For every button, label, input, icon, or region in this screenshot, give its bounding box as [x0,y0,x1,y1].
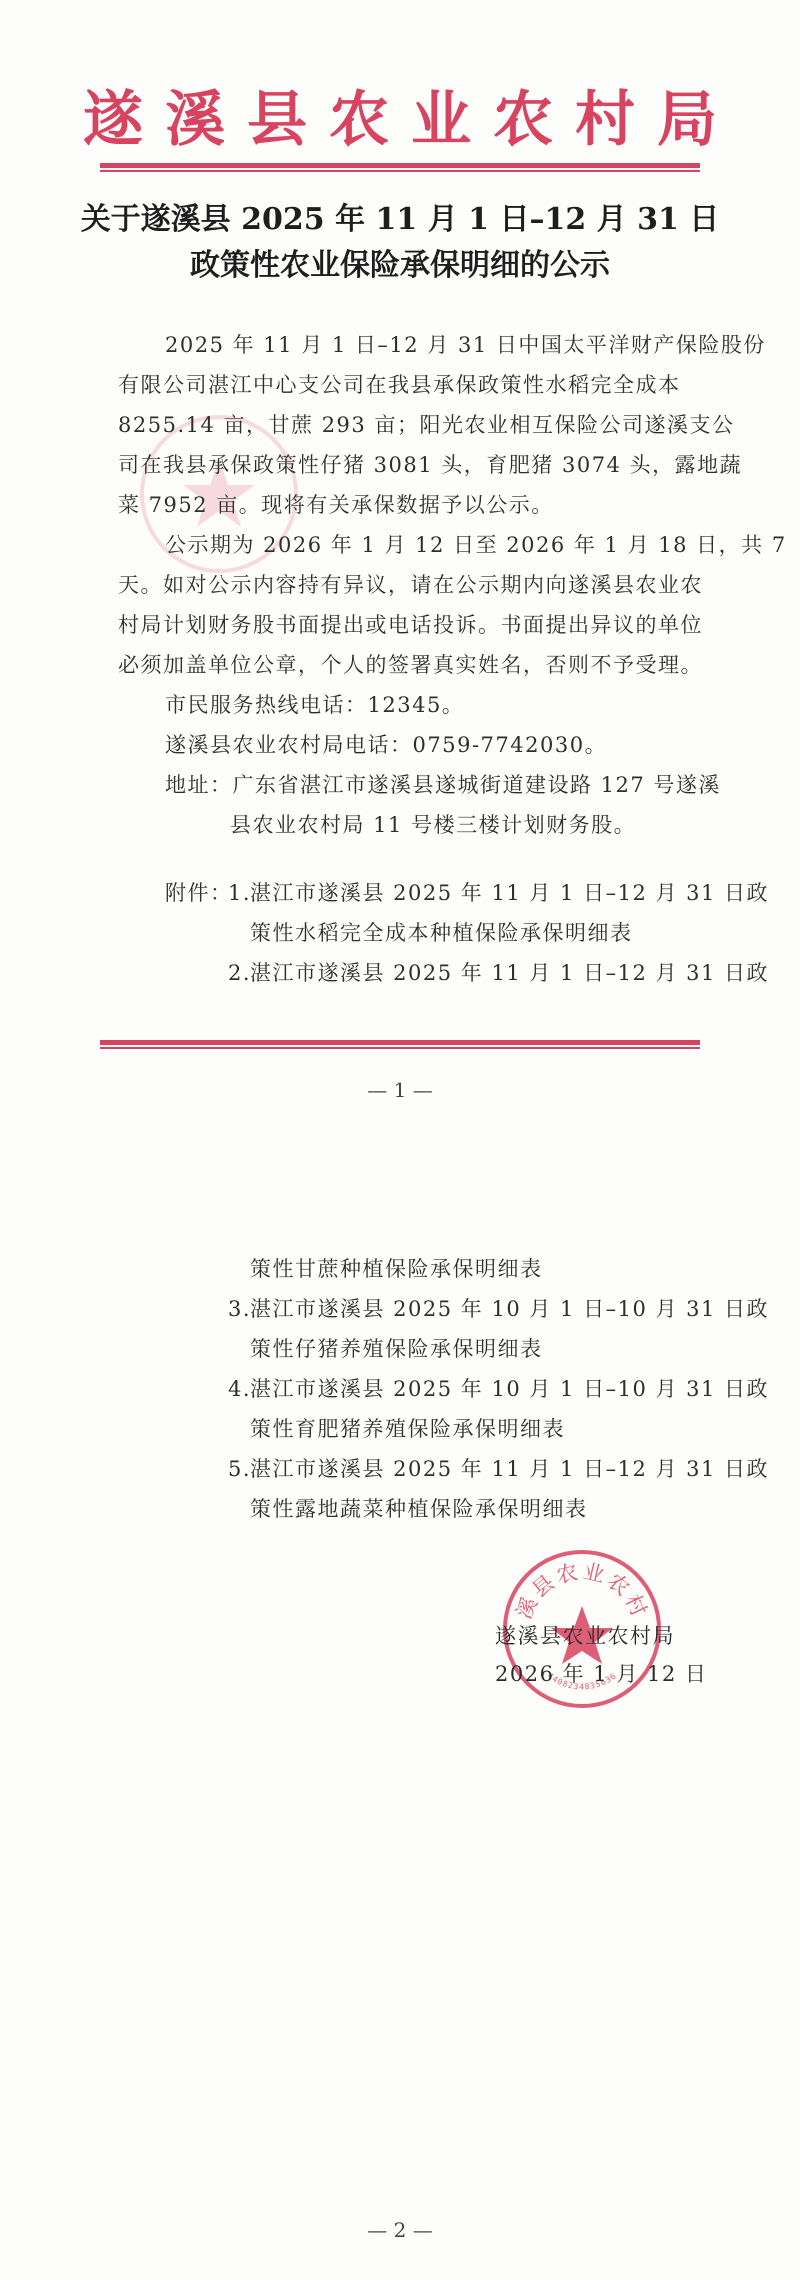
signature-org: 遂溪县农业农村局 [495,1620,675,1650]
attachment-4-line1: 湛江市遂溪县 2025 年 10 月 1 日–10 月 31 日政 [250,1374,769,1404]
attachment-5-line1: 湛江市遂溪县 2025 年 11 月 1 日–12 月 31 日政 [250,1454,769,1484]
attachment-3-num: 3. [228,1294,251,1324]
signature-date: 2026 年 1 月 12 日 [495,1658,707,1688]
hotline-text: 市民服务热线电话：12345。 [165,690,464,720]
para1-line: 8255.14 亩，甘蔗 293 亩；阳光农业相互保险公司遂溪支公 [118,410,734,440]
attachments-label: 附件： [165,878,233,908]
para1-line: 菜 7952 亩。现将有关承保数据予以公示。 [118,490,554,520]
address-line1: 地址：广东省湛江市遂溪县遂城街道建设路 127 号遂溪 [165,770,721,800]
attachment-5-line2: 策性露地蔬菜种植保险承保明细表 [250,1494,588,1524]
attachment-4-line2: 策性育肥猪养殖保险承保明细表 [250,1414,565,1444]
attachment-2-num: 2. [228,958,251,988]
attachment-1-line1: 湛江市遂溪县 2025 年 11 月 1 日–12 月 31 日政 [250,878,769,908]
bureau-phone-text: 遂溪县农业农村局电话：0759-7742030。 [165,730,607,760]
attachment-4-num: 4. [228,1374,251,1404]
svg-text:遂溪县农业农村局: 遂溪县农业农村局 [507,1554,652,1623]
document-title-line1: 关于遂溪县 2025 年 11 月 1 日–12 月 31 日 [0,198,800,242]
para1-line: 2025 年 11 月 1 日–12 月 31 日中国太平洋财产保险股份 [165,330,766,360]
para2-line: 必须加盖单位公章，个人的签署真实姓名，否则不予受理。 [118,650,703,680]
document-title-line2: 政策性农业保险承保明细的公示 [0,244,800,288]
attachment-5-num: 5. [228,1454,251,1484]
para1-line: 司在我县承保政策性仔猪 3081 头，育肥猪 3074 头，露地蔬 [118,450,742,480]
page-number-2: — 2 — [0,2218,800,2242]
address-line2: 县农业农村局 11 号楼三楼计划财务股。 [230,810,636,840]
page-number-1: — 1 — [0,1078,800,1102]
para2-line: 天。如对公示内容持有异议，请在公示期内向遂溪县农业农 [118,570,703,600]
para1-line: 有限公司湛江中心支公司在我县承保政策性水稻完全成本 [118,370,681,400]
attachment-1-line2: 策性水稻完全成本种植保险承保明细表 [250,918,633,948]
masthead-org-name: 遂溪县农业农村局 [0,84,800,156]
attachment-3-line2: 策性仔猪养殖保险承保明细表 [250,1334,543,1364]
attachment-2-line1: 湛江市遂溪县 2025 年 11 月 1 日–12 月 31 日政 [250,958,769,988]
attachment-2-line2: 策性甘蔗种植保险承保明细表 [250,1254,543,1284]
para2-line: 村局计划财务股书面提出或电话投诉。书面提出异议的单位 [118,610,703,640]
para2-line: 公示期为 2026 年 1 月 12 日至 2026 年 1 月 18 日，共 … [165,530,787,560]
attachment-1-num: 1. [228,878,251,908]
seal-org-text: 遂溪县农业农村局 [507,1554,652,1623]
attachment-3-line1: 湛江市遂溪县 2025 年 10 月 1 日–10 月 31 日政 [250,1294,769,1324]
